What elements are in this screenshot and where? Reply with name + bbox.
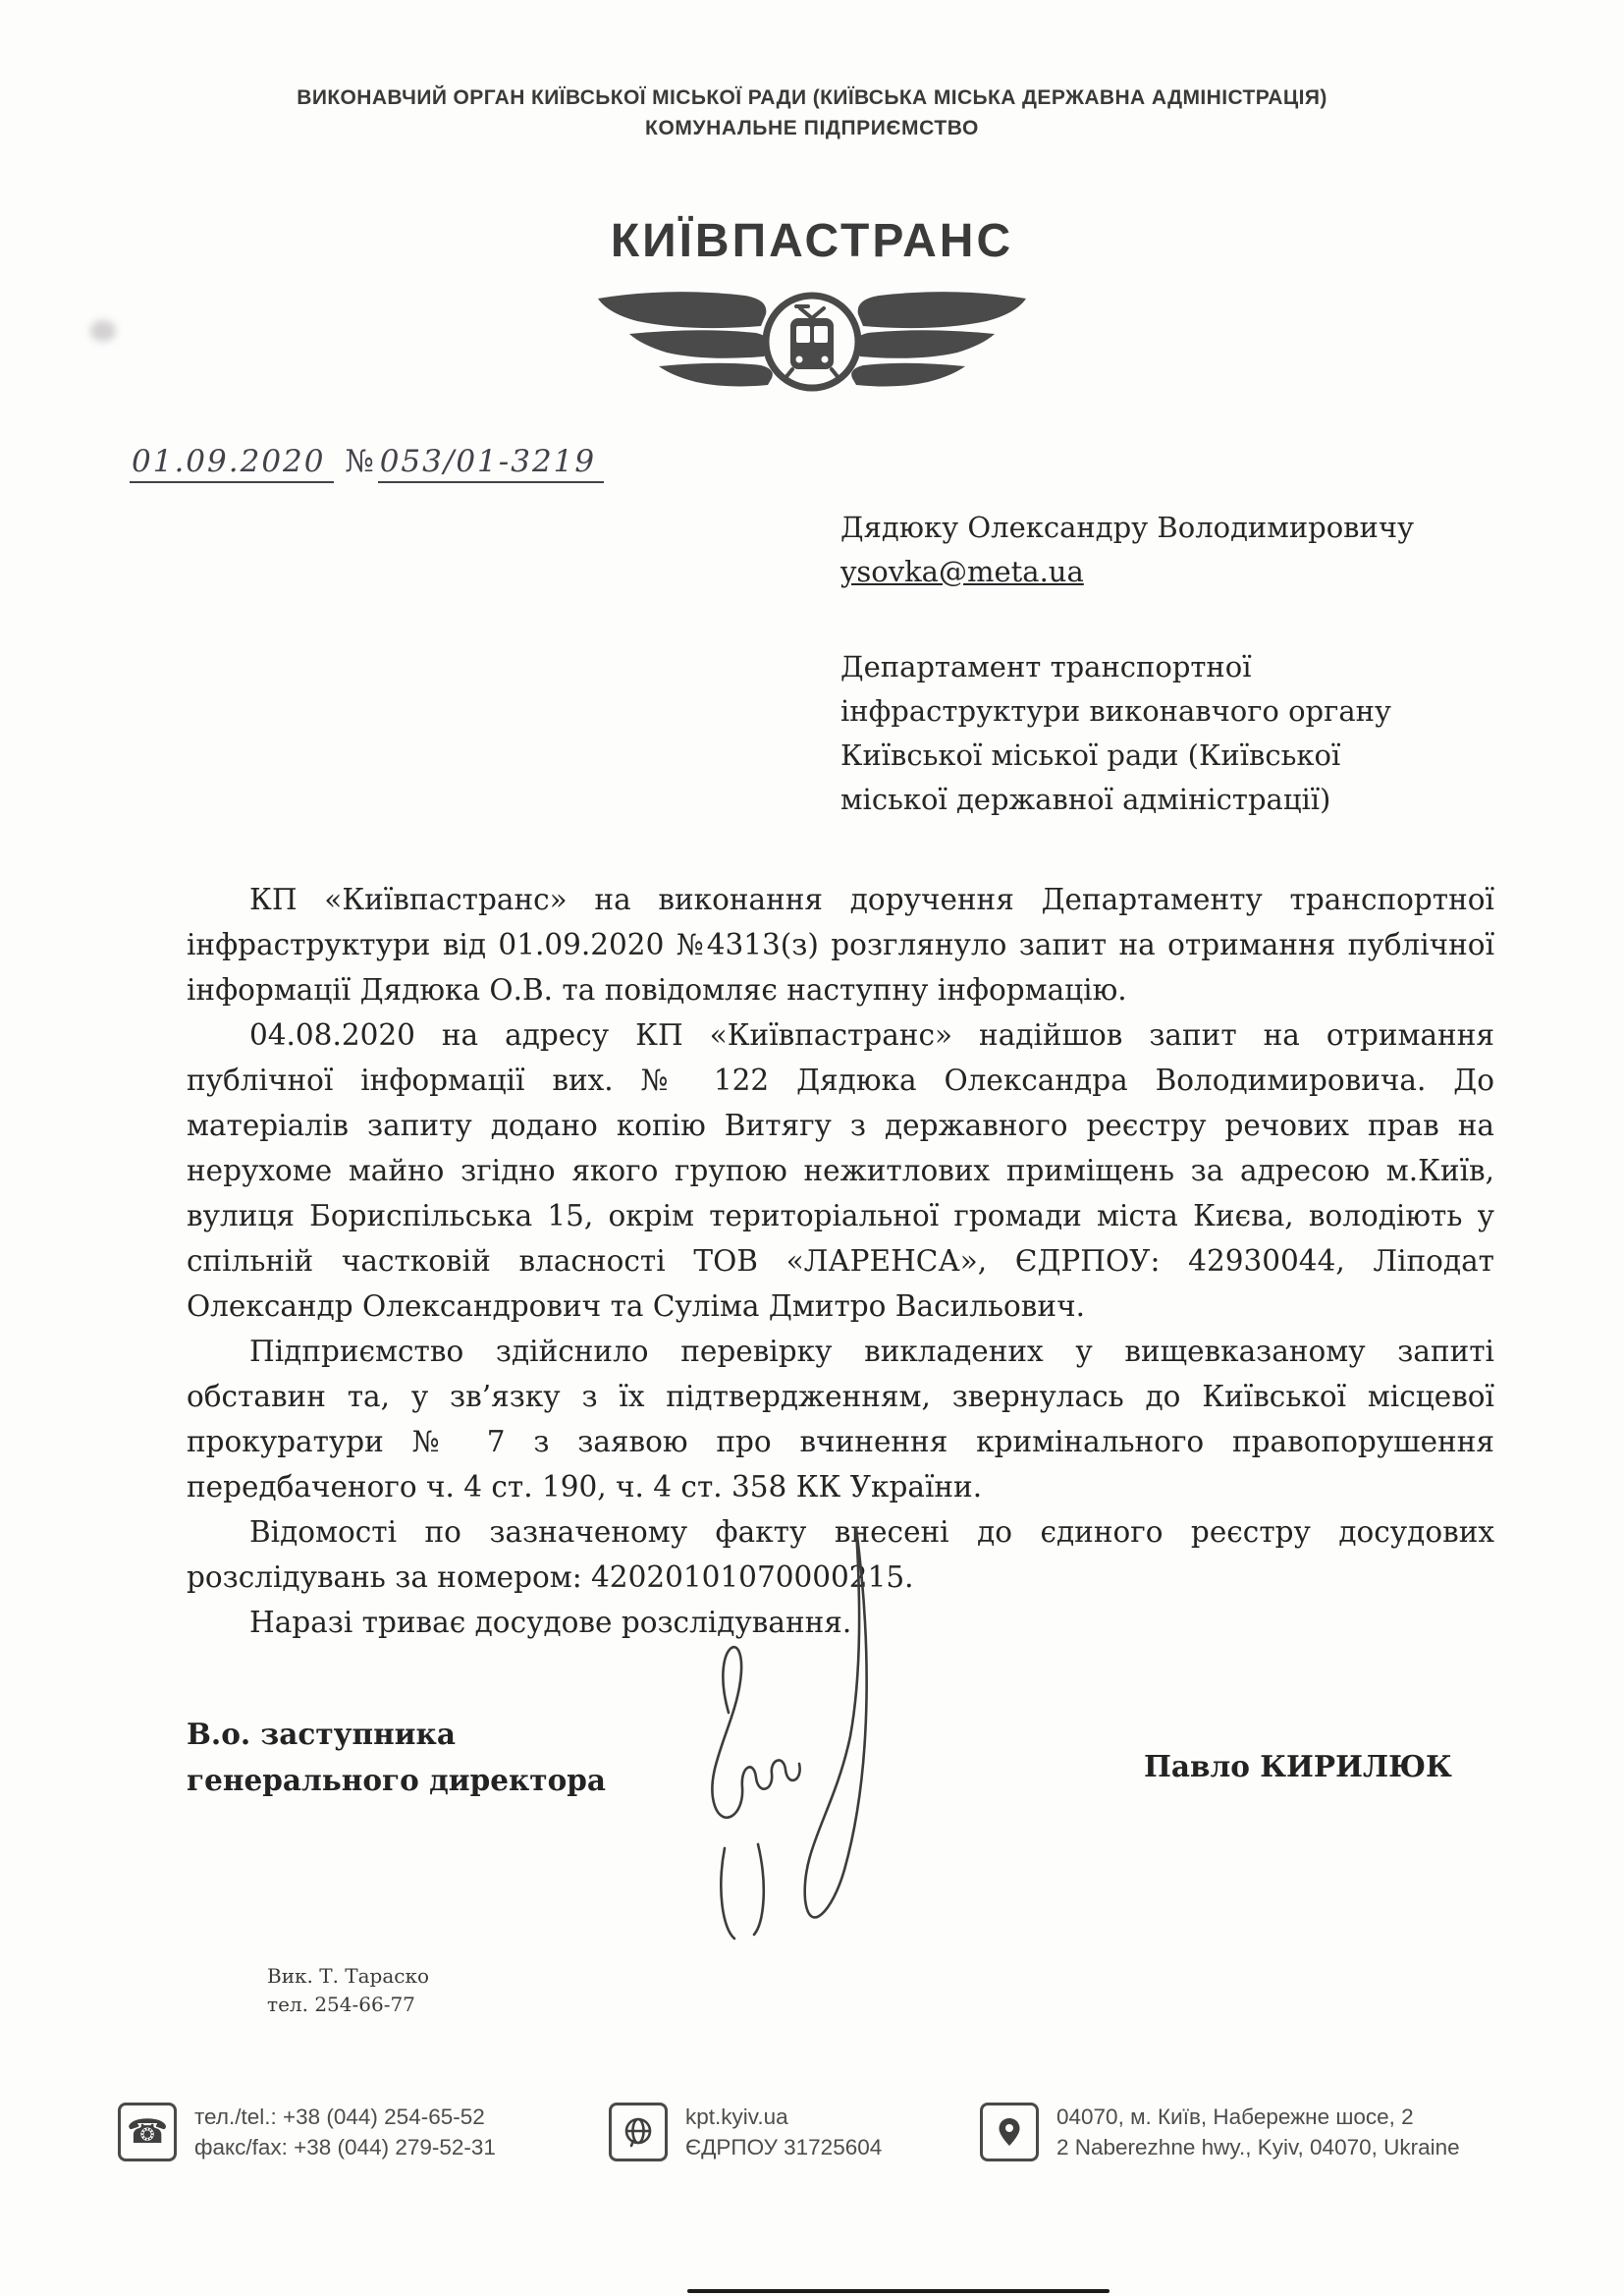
body-paragraph: Підприємство здійснило перевірку викладе…	[187, 1329, 1494, 1509]
org-header-line2: КОМУНАЛЬНЕ ПІДПРИЄМСТВО	[0, 117, 1624, 140]
footer-address-text: 04070, м. Київ, Набережне шосе, 2 2 Nabe…	[1056, 2102, 1460, 2162]
department-line: Київської міської ради (Київської	[840, 734, 1489, 778]
body-paragraph: КП «Київпастранс» на виконання доручення…	[187, 877, 1494, 1012]
edrpou-line: ЄДРПОУ 31725604	[685, 2132, 882, 2162]
department-line: Департамент транспортної	[840, 645, 1489, 689]
website-line[interactable]: kpt.kyiv.ua	[685, 2102, 882, 2132]
location-pin-icon	[980, 2103, 1039, 2161]
executor-name: Вик. Т. Тараско	[267, 1962, 429, 1991]
fax-line: факс/fax: +38 (044) 279-52-31	[194, 2132, 496, 2162]
scanned-letter-page: ВИКОНАВЧИЙ ОРГАН КИЇВСЬКОЇ МІСЬКОЇ РАДИ …	[0, 0, 1624, 2296]
phone-glyph: ☎	[127, 2115, 168, 2149]
recipient-block: Дядюку Олександру Володимировичу ysovka@…	[840, 506, 1489, 822]
department-line: інфраструктури виконавчого органу	[840, 689, 1489, 734]
signer-position-line2: генерального директора	[187, 1757, 606, 1803]
address-line-en: 2 Naberezhne hwy., Kyiv, 04070, Ukraine	[1056, 2132, 1460, 2162]
footer-web-block: kpt.kyiv.ua ЄДРПОУ 31725604	[609, 2102, 882, 2162]
recipient-name: Дядюку Олександру Володимировичу	[840, 506, 1489, 550]
globe-icon	[609, 2103, 668, 2161]
organization-header: ВИКОНАВЧИЙ ОРГАН КИЇВСЬКОЇ МІСЬКОЇ РАДИ …	[0, 86, 1624, 140]
footer-web-text: kpt.kyiv.ua ЄДРПОУ 31725604	[685, 2102, 882, 2162]
org-header-line1: ВИКОНАВЧИЙ ОРГАН КИЇВСЬКОЇ МІСЬКОЇ РАДИ …	[0, 86, 1624, 110]
footer-phone-block: ☎ тел./tel.: +38 (044) 254-65-52 факс/fa…	[118, 2102, 496, 2162]
signer-position-line1: В.о. заступника	[187, 1711, 606, 1757]
number-sign: №	[345, 444, 377, 479]
winged-tram-emblem-icon	[596, 283, 1028, 401]
handwritten-signature-icon	[609, 1524, 933, 1956]
footer-phone-text: тел./tel.: +38 (044) 254-65-52 факс/fax:…	[194, 2102, 496, 2162]
handwritten-number: 053/01-3219	[378, 444, 604, 483]
footer-address-block: 04070, м. Київ, Набережне шосе, 2 2 Nabe…	[980, 2102, 1460, 2162]
recipient-email-link[interactable]: ysovka@meta.ua	[840, 555, 1084, 588]
signer-name: Павло КИРИЛЮК	[1144, 1743, 1452, 1789]
scan-edge-artifact	[687, 2289, 1110, 2293]
body-paragraph: 04.08.2020 на адресу КП «Київпастранс» н…	[187, 1012, 1494, 1329]
phone-line: тел./tel.: +38 (044) 254-65-52	[194, 2102, 496, 2132]
handwritten-date: 01.09.2020	[130, 444, 334, 483]
signer-position: В.о. заступника генерального директора	[187, 1711, 606, 1803]
executor-note: Вик. Т. Тараско тел. 254-66-77	[267, 1962, 429, 2019]
outgoing-reference-line: 01.09.2020 №053/01-3219	[130, 444, 679, 479]
phone-icon: ☎	[118, 2103, 177, 2161]
recipient-department: Департамент транспортної інфраструктури …	[840, 645, 1489, 822]
address-line-ua: 04070, м. Київ, Набережне шосе, 2	[1056, 2102, 1460, 2132]
department-line: міської державної адміністрації)	[840, 778, 1489, 822]
scan-smudge	[90, 320, 116, 342]
company-logo-name: КИЇВПАСТРАНС	[0, 214, 1624, 268]
executor-phone: тел. 254-66-77	[267, 1991, 429, 2019]
